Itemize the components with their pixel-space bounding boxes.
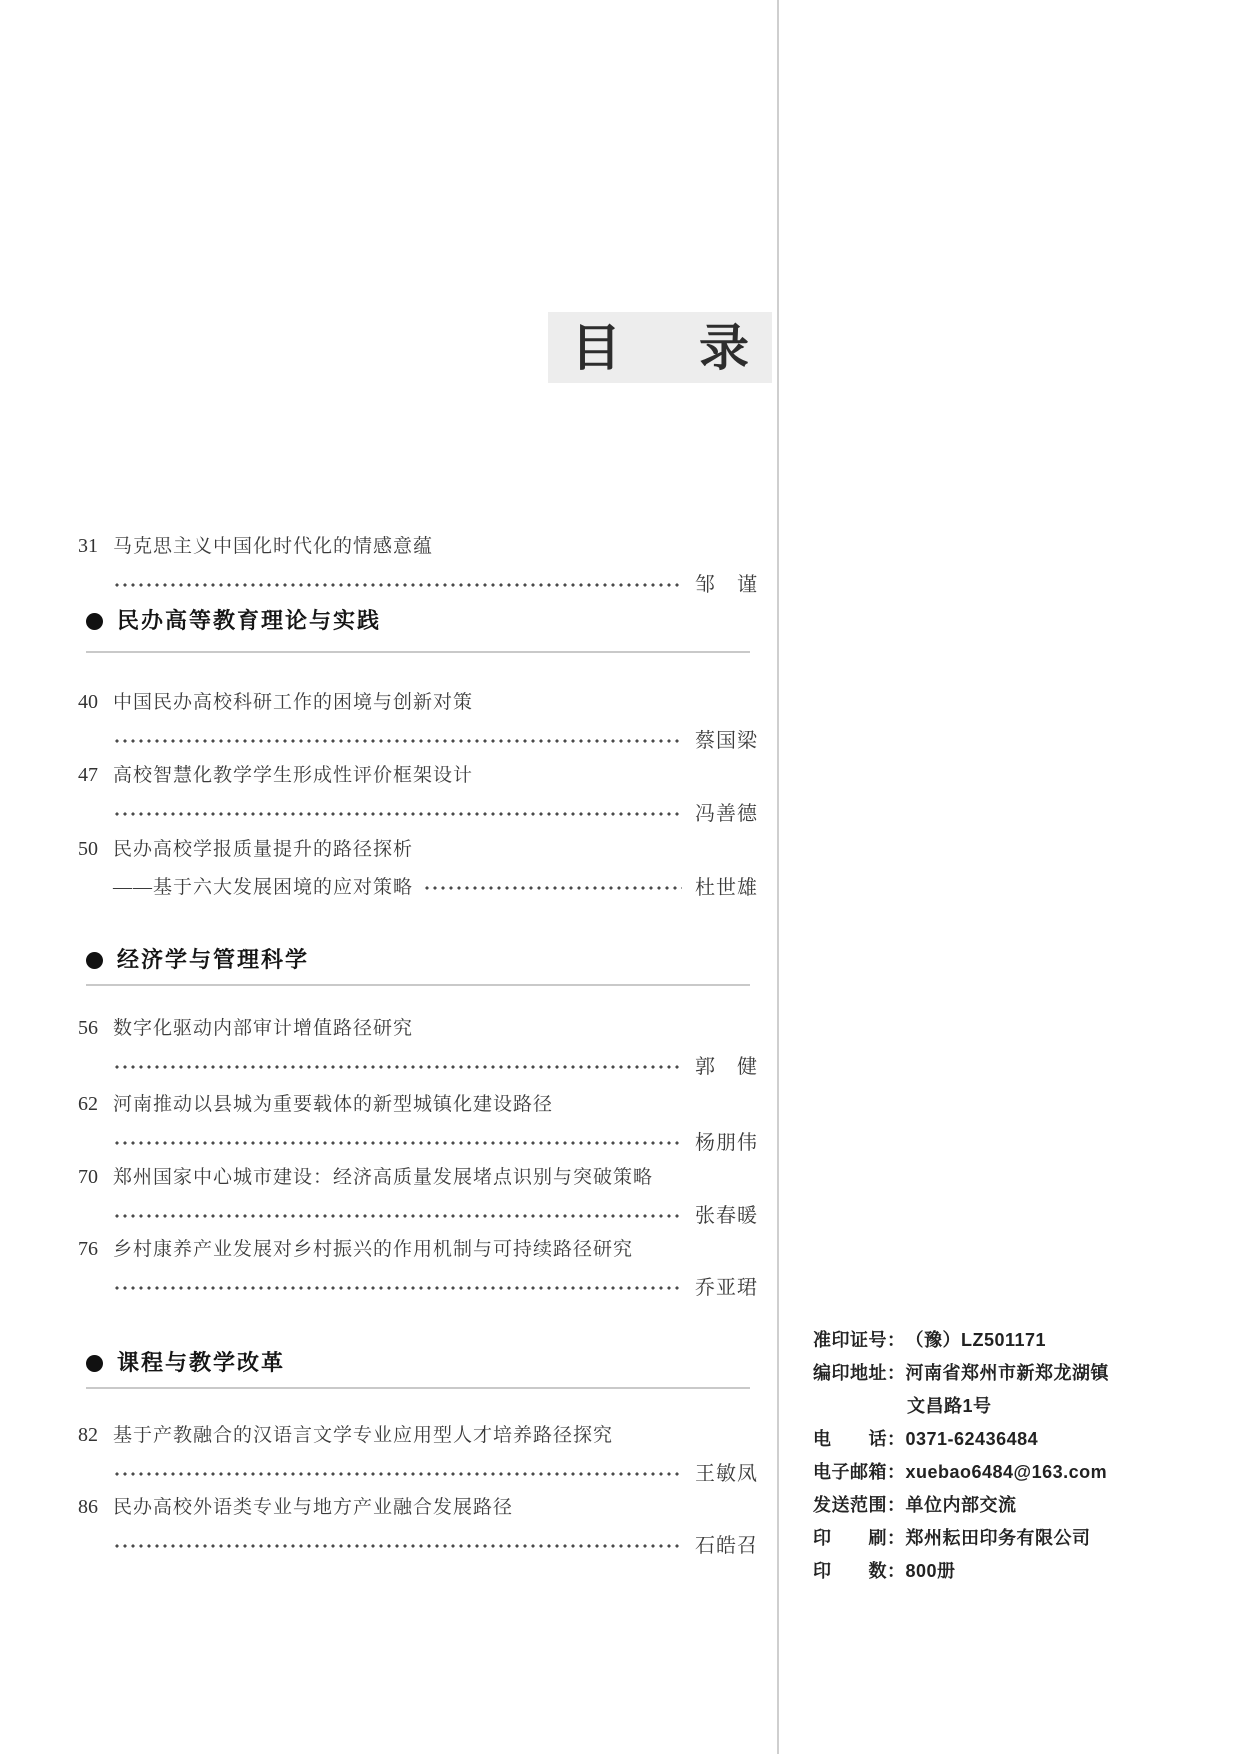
entry-author-line: 乔亚珺: [78, 1275, 758, 1301]
imprint-line-address: 编印地址：河南省郑州市新郑龙湖镇: [813, 1357, 1223, 1390]
entry-title: 马克思主义中国化时代化的情感意蕴: [113, 534, 758, 560]
entry-title: 郑州国家中心城市建设：经济高质量发展堵点识别与突破策略: [113, 1165, 758, 1191]
imprint-label: 准印证号：: [813, 1324, 906, 1357]
dotted-leader: [113, 1203, 682, 1229]
imprint-value: 0371-62436484: [906, 1429, 1039, 1449]
entry-title-line: 50 民办高校学报质量提升的路径探析: [78, 836, 758, 863]
toc-entry: 40 中国民办高校科研工作的困境与创新对策 蔡国梁: [78, 689, 758, 754]
entry-author-line: 蔡国梁: [78, 728, 758, 754]
entry-author: 石皓召: [695, 1533, 758, 1559]
entry-title: 中国民办高校科研工作的困境与创新对策: [113, 690, 758, 716]
bullet-icon: [86, 952, 103, 969]
entry-title-line: 70 郑州国家中心城市建设：经济高质量发展堵点识别与突破策略: [78, 1164, 758, 1191]
toc-entry: 76 乡村康养产业发展对乡村振兴的作用机制与可持续路径研究 乔亚珺: [78, 1236, 758, 1301]
section-rule: [86, 984, 750, 986]
entry-title: 民办高校学报质量提升的路径探析: [113, 837, 758, 863]
imprint-line-phone: 电 话：0371-62436484: [813, 1423, 1223, 1456]
section-title: 民办高等教育理论与实践: [117, 607, 381, 635]
entry-page-number: 40: [78, 689, 113, 715]
section-header: 经济学与管理科学: [86, 946, 750, 974]
entry-author-line: ——基于六大发展困境的应对策略 杜世雄: [78, 875, 758, 901]
imprint-label: 编印地址：: [813, 1357, 906, 1390]
entry-subtitle: ——基于六大发展困境的应对策略: [113, 875, 413, 901]
entry-author-line: 石皓召: [78, 1533, 758, 1559]
entry-title-line: 82 基于产教融合的汉语言文学专业应用型人才培养路径探究: [78, 1422, 758, 1449]
entry-author-line: 张春暖: [78, 1203, 758, 1229]
entry-author-line: 杨朋伟: [78, 1130, 758, 1156]
imprint-value: 河南省郑州市新郑龙湖镇: [906, 1363, 1110, 1383]
imprint-label: 电子邮箱：: [813, 1456, 906, 1489]
section-rule: [86, 651, 750, 653]
entry-title: 民办高校外语类专业与地方产业融合发展路径: [113, 1495, 758, 1521]
entry-page-number: 76: [78, 1236, 113, 1262]
entry-author-line: 邹 谨: [78, 572, 758, 598]
bullet-icon: [86, 613, 103, 630]
entry-title: 基于产教融合的汉语言文学专业应用型人才培养路径探究: [113, 1423, 758, 1449]
imprint-label: 印 数：: [813, 1555, 906, 1588]
entry-author: 邹 谨: [695, 572, 758, 598]
imprint-value: 郑州耘田印务有限公司: [906, 1528, 1091, 1548]
entry-page-number: 86: [78, 1494, 113, 1520]
toc-entry: 70 郑州国家中心城市建设：经济高质量发展堵点识别与突破策略 张春暖: [78, 1164, 758, 1229]
toc-entry: 56 数字化驱动内部审计增值路径研究 郭 健: [78, 1015, 758, 1080]
dotted-leader: [113, 1533, 682, 1559]
page-title: 目 录: [571, 323, 763, 373]
dotted-leader: [113, 572, 682, 598]
entry-page-number: 50: [78, 836, 113, 862]
column-divider: [777, 0, 779, 1754]
toc-entry: 47 高校智慧化教学学生形成性评价框架设计 冯善德: [78, 762, 758, 827]
dotted-leader: [423, 875, 682, 901]
entry-author: 蔡国梁: [695, 728, 758, 754]
imprint-line-distribution: 发送范围：单位内部交流: [813, 1489, 1223, 1522]
entry-author: 王敏凤: [695, 1461, 758, 1487]
entry-title-line: 76 乡村康养产业发展对乡村振兴的作用机制与可持续路径研究: [78, 1236, 758, 1263]
entry-author: 杜世雄: [695, 875, 758, 901]
section-header: 民办高等教育理论与实践: [86, 607, 750, 635]
imprint-label: 印 刷：: [813, 1522, 906, 1555]
entry-title-line: 56 数字化驱动内部审计增值路径研究: [78, 1015, 758, 1042]
toc-entry: 31 马克思主义中国化时代化的情感意蕴 邹 谨: [78, 533, 758, 598]
imprint-line-email: 电子邮箱：xuebao6484@163.com: [813, 1456, 1223, 1489]
imprint-line-license: 准印证号：（豫）LZ501171: [813, 1324, 1223, 1357]
imprint-label: 发送范围：: [813, 1489, 906, 1522]
imprint-value: 单位内部交流: [906, 1495, 1017, 1515]
toc-entry: 82 基于产教融合的汉语言文学专业应用型人才培养路径探究 王敏凤: [78, 1422, 758, 1487]
entry-author: 郭 健: [695, 1054, 758, 1080]
dotted-leader: [113, 1054, 682, 1080]
journal-toc-page: 目 录 31 马克思主义中国化时代化的情感意蕴 邹 谨 民办高等教育理论与实践 …: [0, 0, 1240, 1754]
imprint-line-copies: 印 数：800册: [813, 1555, 1223, 1588]
entry-author: 乔亚珺: [695, 1275, 758, 1301]
dotted-leader: [113, 1130, 682, 1156]
imprint-label: 电 话：: [813, 1423, 906, 1456]
toc-entry: 62 河南推动以县城为重要载体的新型城镇化建设路径 杨朋伟: [78, 1091, 758, 1156]
entry-author-line: 郭 健: [78, 1054, 758, 1080]
entry-title: 河南推动以县城为重要载体的新型城镇化建设路径: [113, 1092, 758, 1118]
section-title: 课程与教学改革: [117, 1349, 285, 1377]
imprint-value: （豫）LZ501171: [906, 1330, 1047, 1350]
imprint-block: 准印证号：（豫）LZ501171 编印地址：河南省郑州市新郑龙湖镇 文昌路1号 …: [813, 1324, 1223, 1588]
entry-author-line: 王敏凤: [78, 1461, 758, 1487]
toc-entry: 86 民办高校外语类专业与地方产业融合发展路径 石皓召: [78, 1494, 758, 1559]
entry-author: 张春暖: [695, 1203, 758, 1229]
imprint-value: xuebao6484@163.com: [906, 1462, 1108, 1482]
entry-title-line: 40 中国民办高校科研工作的困境与创新对策: [78, 689, 758, 716]
entry-title-line: 62 河南推动以县城为重要载体的新型城镇化建设路径: [78, 1091, 758, 1118]
imprint-line-printer: 印 刷：郑州耘田印务有限公司: [813, 1522, 1223, 1555]
section-title: 经济学与管理科学: [117, 946, 309, 974]
toc-entry: 50 民办高校学报质量提升的路径探析 ——基于六大发展困境的应对策略 杜世雄: [78, 836, 758, 901]
imprint-line-address-2: 文昌路1号: [813, 1390, 1223, 1423]
dotted-leader: [113, 801, 682, 827]
entry-title: 高校智慧化教学学生形成性评价框架设计: [113, 763, 758, 789]
entry-page-number: 47: [78, 762, 113, 788]
entry-title: 数字化驱动内部审计增值路径研究: [113, 1016, 758, 1042]
entry-title-line: 86 民办高校外语类专业与地方产业融合发展路径: [78, 1494, 758, 1521]
dotted-leader: [113, 1275, 682, 1301]
imprint-value: 文昌路1号: [907, 1396, 992, 1416]
toc-title-box: 目 录: [548, 312, 772, 383]
entry-page-number: 31: [78, 533, 113, 559]
entry-title-line: 31 马克思主义中国化时代化的情感意蕴: [78, 533, 758, 560]
entry-author: 杨朋伟: [695, 1130, 758, 1156]
bullet-icon: [86, 1355, 103, 1372]
dotted-leader: [113, 1461, 682, 1487]
entry-title: 乡村康养产业发展对乡村振兴的作用机制与可持续路径研究: [113, 1237, 758, 1263]
section-rule: [86, 1387, 750, 1389]
section-header: 课程与教学改革: [86, 1349, 750, 1377]
imprint-value: 800册: [906, 1561, 956, 1581]
entry-page-number: 62: [78, 1091, 113, 1117]
entry-title-line: 47 高校智慧化教学学生形成性评价框架设计: [78, 762, 758, 789]
entry-page-number: 70: [78, 1164, 113, 1190]
entry-page-number: 56: [78, 1015, 113, 1041]
entry-author-line: 冯善德: [78, 801, 758, 827]
entry-author: 冯善德: [695, 801, 758, 827]
entry-page-number: 82: [78, 1422, 113, 1448]
dotted-leader: [113, 728, 682, 754]
